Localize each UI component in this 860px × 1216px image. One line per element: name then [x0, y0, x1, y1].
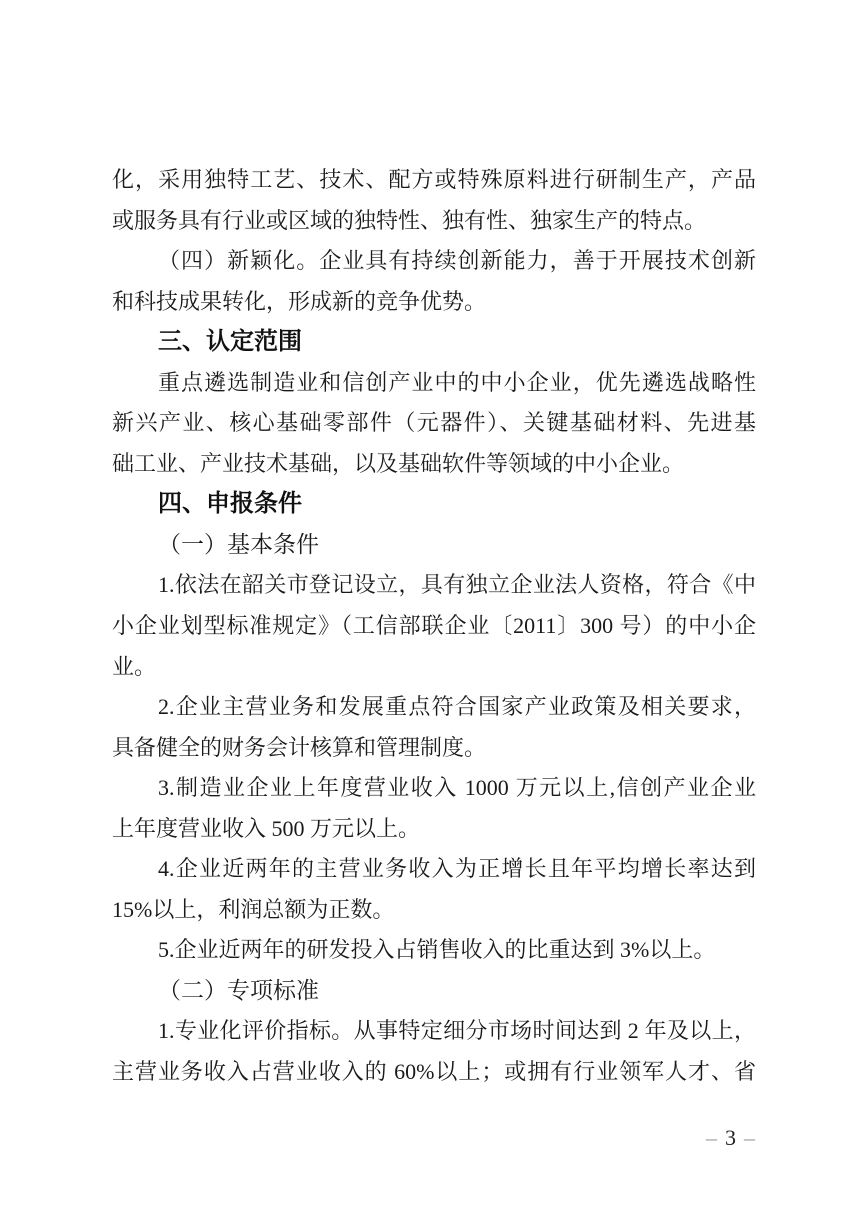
body-text-line: 主营业务收入占营业收入的 60%以上；或拥有行业领军人才、省 [112, 1052, 756, 1093]
sub-heading-line: （一）基本条件 [112, 525, 756, 566]
body-text-line: （四）新颖化。企业具有持续创新能力，善于开展技术创新 [112, 241, 756, 282]
page-number-value: 3 [719, 1125, 744, 1150]
section-heading-line: 三、认定范围 [112, 322, 756, 363]
sub-heading-line: （二）专项标准 [112, 971, 756, 1012]
body-text-line: 5.企业近两年的研发投入占销售收入的比重达到 3%以上。 [112, 930, 756, 971]
page-number-dash-right: – [744, 1125, 757, 1150]
body-text-line: 上年度营业收入 500 万元以上。 [112, 809, 756, 850]
body-text-line: 1.依法在韶关市登记设立，具有独立企业法人资格，符合《中 [112, 565, 756, 606]
body-text-line: 重点遴选制造业和信创产业中的中小企业，优先遴选战略性 [112, 363, 756, 404]
body-text-line: 2.企业主营业务和发展重点符合国家产业政策及相关要求， [112, 687, 756, 728]
document-page: 化，采用独特工艺、技术、配方或特殊原料进行研制生产，产品或服务具有行业或区域的独… [0, 0, 860, 1216]
body-text-line: 1.专业化评价指标。从事特定细分市场时间达到 2 年及以上， [112, 1011, 756, 1052]
body-text-line: 3.制造业企业上年度营业收入 1000 万元以上,信创产业企业 [112, 768, 756, 809]
body-text-line: 和科技成果转化，形成新的竞争优势。 [112, 282, 756, 323]
body-text-line: 新兴产业、核心基础零部件（元器件）、关键基础材料、先进基 [112, 403, 756, 444]
body-text-line: 小企业划型标准规定》（工信部联企业〔2011〕300 号）的中小企 [112, 606, 756, 647]
body-text-line: 础工业、产业技术基础，以及基础软件等领域的中小企业。 [112, 444, 756, 485]
body-text-line: 化，采用独特工艺、技术、配方或特殊原料进行研制生产，产品 [112, 160, 756, 201]
section-heading-line: 四、申报条件 [112, 484, 756, 525]
body-text-line: 15%以上，利润总额为正数。 [112, 890, 756, 931]
body-text-line: 业。 [112, 647, 756, 688]
body-text-line: 或服务具有行业或区域的独特性、独有性、独家生产的特点。 [112, 201, 756, 242]
page-number: –3– [706, 1125, 757, 1151]
page-number-dash-left: – [706, 1125, 719, 1150]
body-text-line: 具备健全的财务会计核算和管理制度。 [112, 728, 756, 769]
body-text-line: 4.企业近两年的主营业务收入为正增长且年平均增长率达到 [112, 849, 756, 890]
document-body: 化，采用独特工艺、技术、配方或特殊原料进行研制生产，产品或服务具有行业或区域的独… [112, 160, 756, 1093]
